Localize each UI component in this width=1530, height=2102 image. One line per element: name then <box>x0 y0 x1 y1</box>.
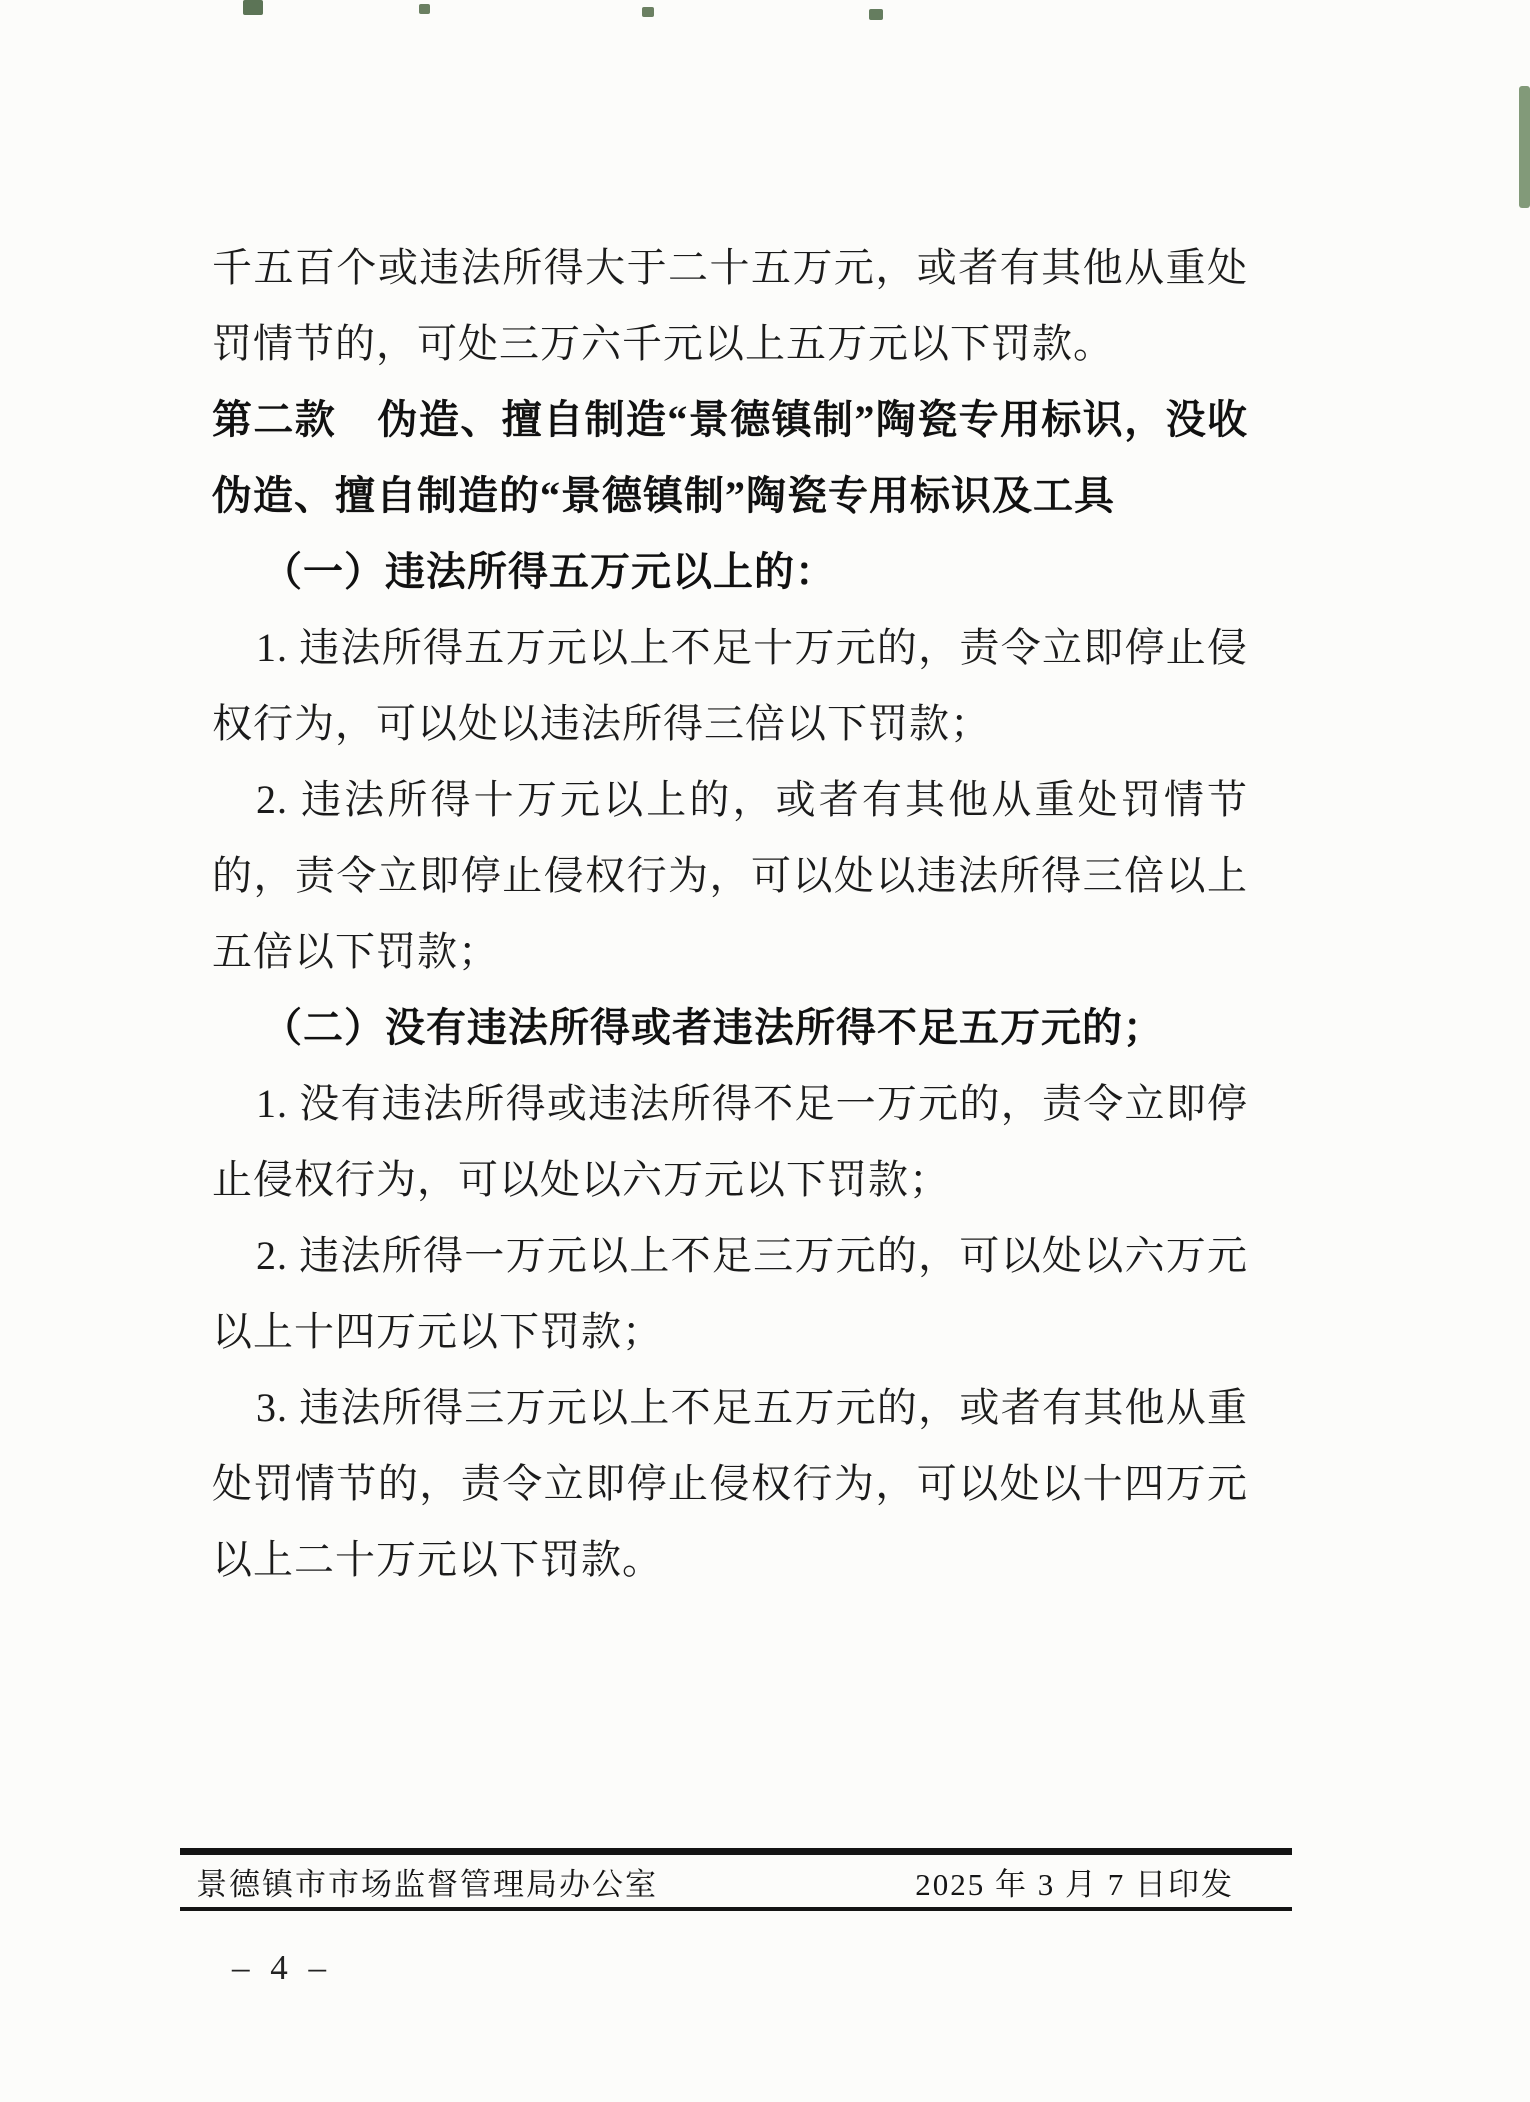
scan-artifact <box>1519 86 1530 208</box>
penalty-item-1-1: 1. 违法所得五万元以上不足十万元的，责令立即停止侵权行为，可以处以违法所得三倍… <box>212 610 1248 762</box>
subheading-item-2: （二）没有违法所得或者违法所得不足五万元的； <box>212 990 1248 1066</box>
penalty-item-2-2: 2. 违法所得一万元以上不足三万元的，可以处以六万元以上十四万元以下罚款； <box>212 1218 1248 1370</box>
footer-record-block: 景德镇市市场监督管理局办公室 2025 年 3 月 7 日印发 <box>180 1848 1292 1911</box>
penalty-item-2-3: 3. 违法所得三万元以上不足五万元的，或者有其他从重处罚情节的，责令立即停止侵权… <box>212 1370 1248 1598</box>
paragraph-continuation: 千五百个或违法所得大于二十五万元，或者有其他从重处罚情节的，可处三万六千元以上五… <box>212 230 1248 382</box>
penalty-item-1-2: 2. 违法所得十万元以上的，或者有其他从重处罚情节的，责令立即停止侵权行为，可以… <box>212 762 1248 990</box>
scanned-document-page: { "document": { "paragraphs": [ { "style… <box>0 0 1530 2102</box>
footer-issuing-office: 景德镇市市场监督管理局办公室 <box>196 1859 658 1904</box>
document-body: 千五百个或违法所得大于二十五万元，或者有其他从重处罚情节的，可处三万六千元以上五… <box>212 230 1248 1598</box>
scan-artifact <box>243 0 263 15</box>
penalty-item-2-1: 1. 没有违法所得或违法所得不足一万元的，责令立即停止侵权行为，可以处以六万元以… <box>212 1066 1248 1218</box>
scan-artifact <box>869 9 883 20</box>
scan-artifact <box>642 7 654 17</box>
subheading-item-1: （一）违法所得五万元以上的： <box>212 534 1248 610</box>
scan-artifact <box>419 4 430 14</box>
page-number: – 4 – <box>232 1948 332 1988</box>
footer-print-date: 2025 年 3 月 7 日印发 <box>915 1859 1234 1904</box>
section-heading-clause-2: 第二款 伪造、擅自制造“景德镇制”陶瓷专用标识，没收伪造、擅自制造的“景德镇制”… <box>212 382 1248 534</box>
